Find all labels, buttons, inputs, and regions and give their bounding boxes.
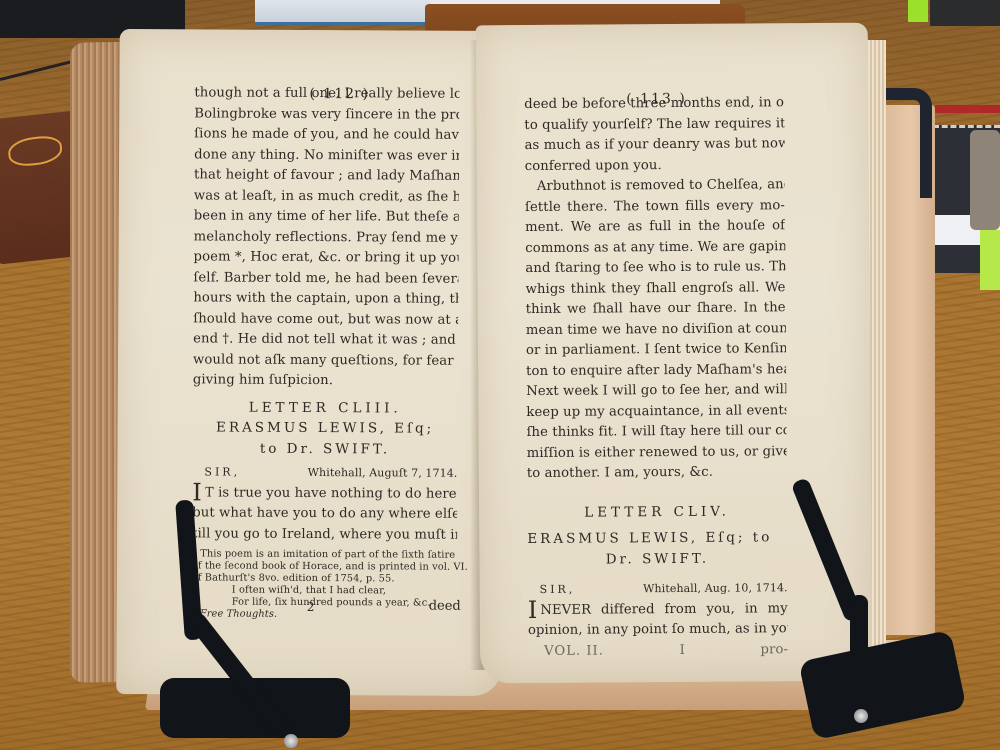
text-line: deed be before three months end, in orde…	[524, 93, 784, 115]
text-line: think we ſhall have our ſhare. In the	[526, 298, 786, 320]
text-line: melancholy reflections. Pray ſend me you…	[194, 227, 459, 249]
catchword: deed	[429, 599, 461, 614]
salutation-row: SIR, Whitehall, Auguſt 7, 1714.	[192, 462, 457, 484]
text-line: Next week I will go to ſee her, and will	[526, 380, 786, 402]
text-line: would not aſk many queſtions, for fear o…	[193, 350, 458, 372]
salutation: SIR,	[528, 580, 576, 601]
dateline: Whitehall, Auguſt 7, 1714.	[308, 463, 458, 484]
letter-sender: ERASMUS LEWIS, Eſq; to	[527, 527, 787, 549]
lime-sticky-note	[980, 230, 1000, 290]
red-pencil	[935, 105, 1000, 113]
text-line: Bolingbroke was very ſincere in the prof…	[194, 104, 459, 126]
text-line: ſhould have come out, but was now at an	[193, 309, 458, 331]
text-line: to qualify yourſelf? The law requires it…	[524, 114, 784, 136]
text-line: ton to enquire after lady Maſham's healt…	[526, 360, 786, 382]
text-line: ſelf. Barber told me, he had been ſevera…	[193, 268, 458, 290]
text-line: hours with the captain, upon a thing, th…	[193, 288, 458, 310]
salutation: SIR,	[192, 462, 240, 483]
paper-stack	[255, 0, 435, 25]
text-line: commons as at any time. We are gaping	[525, 237, 785, 259]
right-page-text: deed be before three months end, in orde…	[524, 93, 788, 662]
text-line: ment. We are as full in the houſe of	[525, 216, 785, 238]
text-line: ſhe thinks fit. I will ſtay here till ou…	[526, 421, 786, 443]
page-footer: VOL. II. I pro-	[528, 640, 788, 662]
dateline: Whitehall, Aug. 10, 1714.	[643, 578, 788, 600]
letter-recipient: Dr. SWIFT.	[527, 548, 787, 570]
right-page: ( 113 ) deed be before three months end,…	[476, 23, 873, 684]
text-line: Arbuthnot is removed to Chelſea, and wil…	[525, 175, 785, 197]
text-line: ſions he made of you, and he could have	[194, 124, 459, 146]
text-line: that height of favour ; and lady Maſham	[194, 165, 459, 187]
text-line: miſſion is either renewed to us, or give…	[527, 442, 787, 464]
footnotes: * This poem is an imitation of part of t…	[192, 548, 457, 621]
signature-mark: 2	[307, 600, 315, 614]
text-line: was at leaſt, in as much credit, as ſhe …	[194, 186, 459, 208]
footnote-line: † Free Thoughts.	[192, 608, 457, 621]
text-line: end †. He did not tell what it was ; and…	[193, 329, 458, 351]
text-line: NEVER differed from you, in my	[540, 599, 788, 621]
page-clip-arm-right-lower[interactable]	[850, 595, 868, 715]
drop-cap: I	[192, 483, 202, 501]
text-line: keep up my acquaintance, in all events, …	[526, 401, 786, 423]
gilt-ornament	[7, 134, 64, 167]
text-line: or in parliament. I ſent twice to Kenſin…	[526, 339, 786, 361]
green-marker	[908, 0, 928, 22]
text-line: conferred upon you.	[525, 155, 785, 177]
screw-left	[284, 734, 298, 748]
text-line: though not a full one. I really believe …	[194, 83, 459, 105]
text-line: mean time we have no diviſion at council…	[526, 319, 786, 341]
text-line: opinion, in any point ſo much, as in you…	[528, 619, 788, 641]
left-page: ( 112 ) though not a full one. I really …	[116, 29, 504, 696]
letter-heading: LETTER CLIII.	[193, 397, 458, 419]
text-line: poem *, Hoc erat, &c. or bring it up you…	[193, 247, 458, 269]
catchword: pro-	[760, 640, 788, 661]
screw-right	[854, 709, 868, 723]
drop-cap: I	[528, 600, 538, 618]
text-line: been in any time of her life. But theſe …	[194, 206, 459, 228]
text-line: whigs think they ſhall engroſs all. We	[525, 278, 785, 300]
letter-sender: ERASMUS LEWIS, Eſq;	[193, 417, 458, 439]
text-line: ſettle there. The town fills every mo-	[525, 196, 785, 218]
text-line: but what have you to do any where elſe	[192, 503, 457, 525]
grey-clip	[970, 130, 1000, 230]
text-line: giving him ſuſpicion.	[193, 370, 458, 392]
text-line: done any thing. No miniſter was ever in	[194, 145, 459, 167]
text-line: to another. I am, yours, &c.	[527, 462, 787, 484]
signature-mark: I	[680, 640, 685, 661]
volume-mark: VOL. II.	[528, 641, 604, 662]
text-line: and ſtaring to ſee who is to rule us. Th…	[525, 257, 785, 279]
letter-recipient: to Dr. SWIFT.	[192, 438, 457, 460]
letter-heading: LETTER CLIV.	[527, 501, 787, 523]
left-page-text: though not a full one. I really believe …	[192, 83, 460, 621]
salutation-row: SIR, Whitehall, Aug. 10, 1714.	[528, 578, 788, 600]
text-line: as much as if your deanry was but now	[524, 134, 784, 156]
text-line: till you go to Ireland, where you muſt i…	[192, 524, 457, 546]
stand-top-clip	[880, 88, 932, 198]
dark-object	[930, 0, 1000, 26]
text-line: T is true you have nothing to do here ;	[205, 483, 458, 505]
